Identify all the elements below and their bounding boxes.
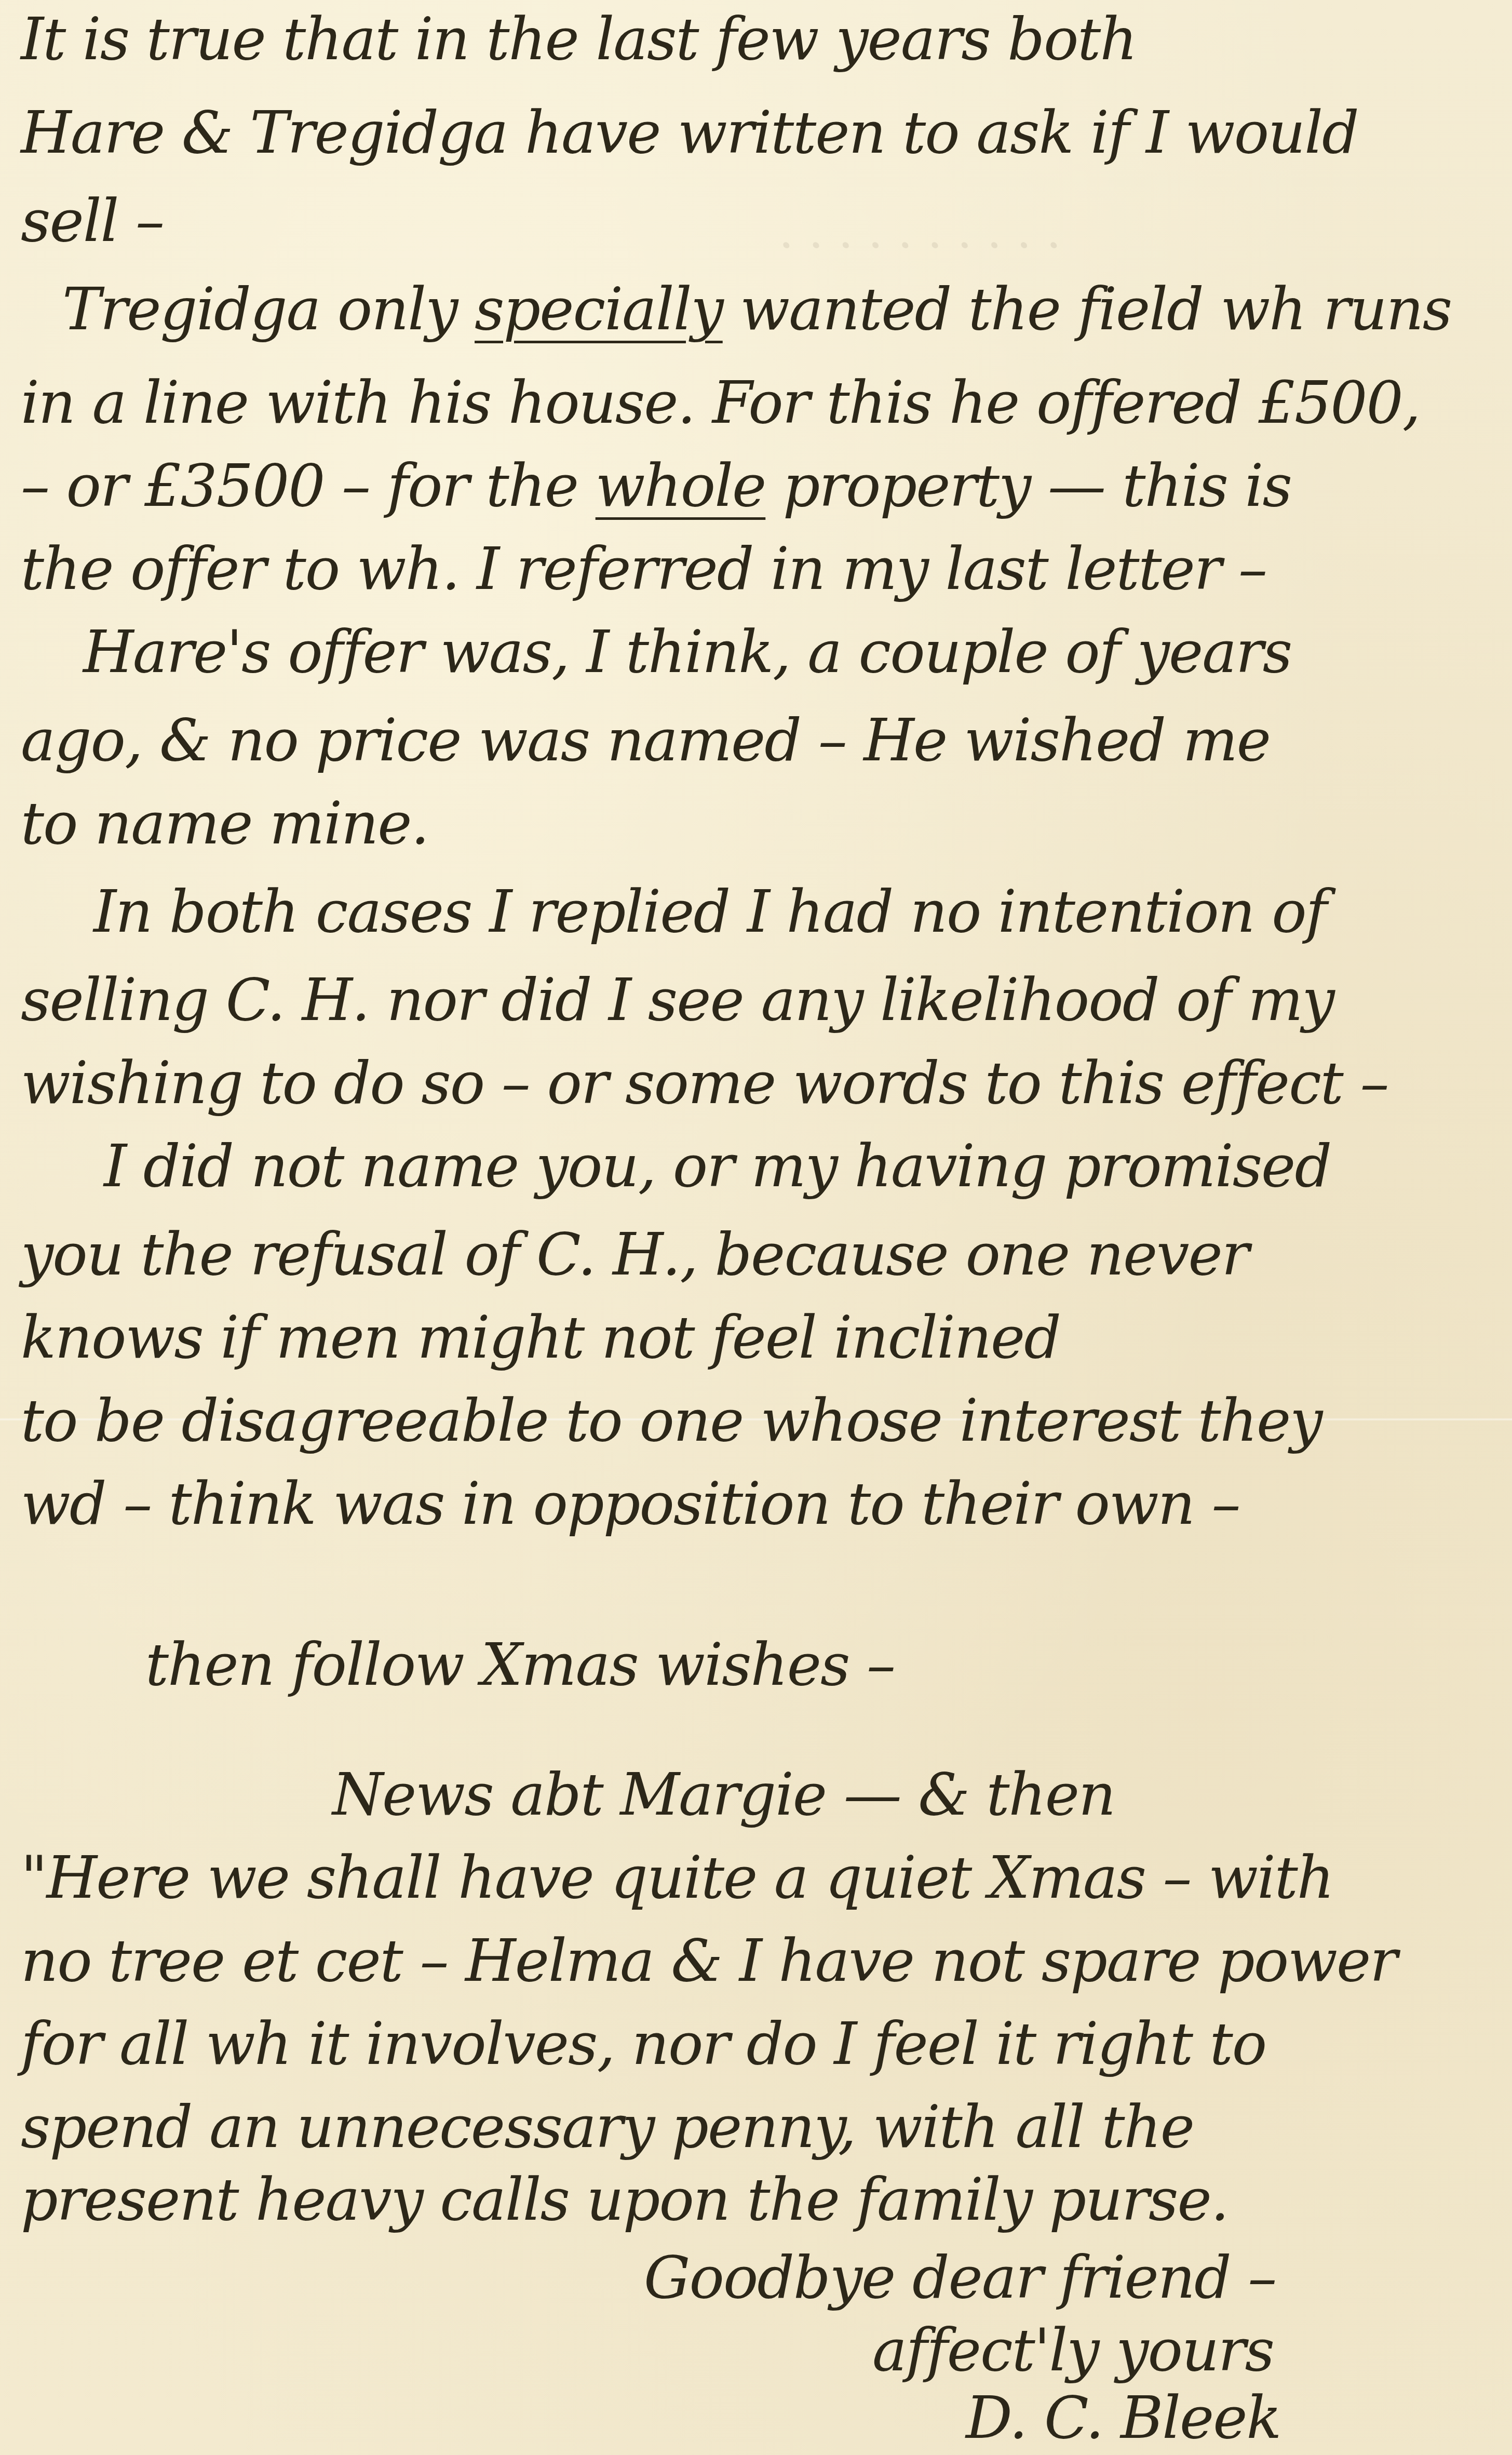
letter-line: It is true that in the last few years bo… [21,10,1137,69]
letter-line: I did not name you, or my having promise… [104,1137,1331,1196]
letter-line: to be disagreeable to one whose interest… [21,1392,1321,1450]
letter-line: wishing to do so – or some words to this… [21,1054,1388,1112]
letter-line: the offer to wh. I referred in my last l… [21,540,1266,598]
letter-line: present heavy calls upon the family purs… [21,2171,1228,2229]
letter-line: Hare & Tregidga have written to ask if I… [21,104,1358,162]
letter-body: It is true that in the last few years bo… [0,0,1512,2455]
letter-line: ago, & no price was named – He wished me [21,712,1270,770]
letter-line: no tree et cet – Helma & I have not spar… [21,1932,1397,1990]
letter-line: wd – think was in opposition to their ow… [21,1475,1240,1533]
letter-line: Hare's offer was, I think, a couple of y… [83,623,1291,681]
letter-line: Tregidga only specially wanted the field… [62,280,1451,339]
line-segment: – or £3500 – for the [21,452,596,520]
letter-line: selling C. H. nor did I see any likeliho… [21,971,1334,1029]
letter-line: you the refusal of C. H., because one ne… [21,1226,1248,1284]
letter-line: then follow Xmas wishes – [145,1636,895,1694]
letter-line: – or £3500 – for the whole property — th… [21,457,1291,515]
letter-line: in a line with his house. For this he of… [21,374,1420,432]
letter-line: "Here we shall have quite a quiet Xmas –… [21,1849,1333,1907]
line-segment: Tregidga only [62,276,475,343]
underlined-word-whole: whole [596,452,766,520]
letter-line: to name mine. [21,795,428,853]
valediction: affect'ly yours [872,2322,1274,2380]
underlined-word-specially: specially [475,276,723,343]
letter-line: sell – [21,192,164,250]
signature: D. C. Bleek [966,2389,1280,2447]
letter-line: News abt Margie — & then [332,1766,1115,1824]
line-segment: property — this is [765,452,1291,520]
letter-line: spend an unnecessary penny, with all the [21,2098,1194,2156]
letter-line: In both cases I replied I had no intenti… [93,883,1326,941]
line-segment: wanted the field wh runs [723,276,1452,343]
letter-line: for all wh it involves, nor do I feel it… [21,2015,1266,2073]
closing-line: Goodbye dear friend – [644,2249,1276,2307]
letter-line: knows if men might not feel inclined [21,1309,1060,1367]
